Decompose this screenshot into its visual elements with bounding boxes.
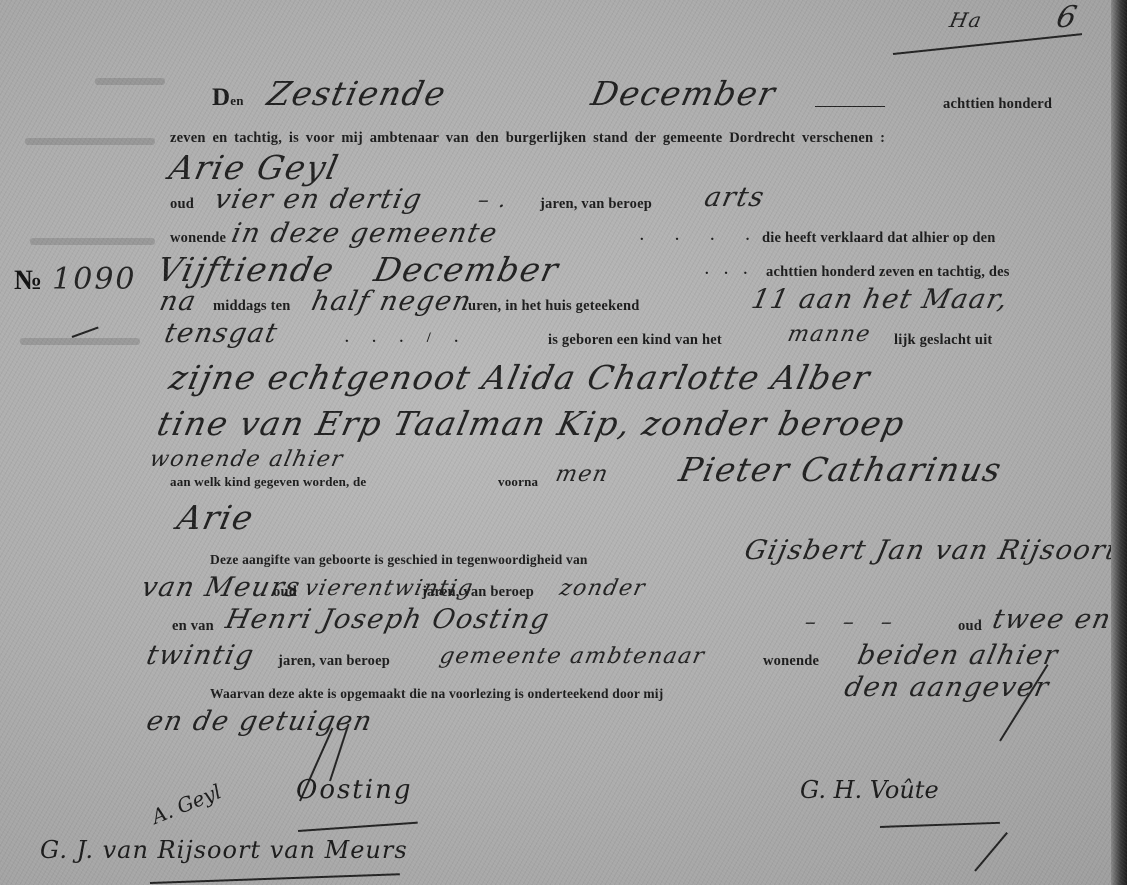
signature-declarant: A. Geyl <box>148 779 224 828</box>
hand-witness-2: Henri Joseph Oosting <box>223 604 553 635</box>
margin-bleed-through <box>30 238 155 245</box>
hand-date-month: December <box>588 74 780 113</box>
printed-en-van: en van <box>172 618 214 635</box>
margin-tick <box>72 326 99 337</box>
hand-child-given-names: Pieter Catharinus <box>676 450 1006 489</box>
printed-jaren-beroep: jaren, van beroep <box>540 196 652 213</box>
hand-child-given-names-cont: Arie <box>174 498 258 537</box>
hand-time-prefix: na <box>157 286 200 317</box>
hand-declarant-name: Arie Geyl <box>166 148 343 187</box>
hand-witnesses-residence: beiden alhier <box>855 640 1062 671</box>
printed-aan-welk-kind: aan welk kind gegeven worden, de <box>170 474 366 490</box>
hand-mother-residence: wonende alhier <box>147 447 346 472</box>
printed-geslacht: lijk geslacht uit <box>894 332 992 349</box>
hand-witness-2-age: twee en <box>990 604 1115 635</box>
margin-bleed-through <box>95 78 165 85</box>
hand-witness-2-age-cont: twintig <box>144 640 258 671</box>
hand-birth-time: half negen <box>309 286 475 317</box>
hand-mother-name-cont: tine van Erp Taalman Kip, zonder beroep <box>154 404 909 443</box>
hand-signers: den aangever <box>842 672 1053 703</box>
printed-voorna: voorna <box>498 474 538 490</box>
margin-bleed-through <box>20 338 140 345</box>
hand-birth-month: December <box>371 250 563 289</box>
corner-paraph-underline <box>893 33 1082 55</box>
hand-birth-address-cont: tensgat <box>162 318 281 349</box>
printed-line-2: zeven en tachtig, is voor mij ambtenaar … <box>170 130 885 147</box>
signature-witness-2: Oosting <box>296 775 412 805</box>
hand-mother-name: zijne echtgenoot Alida Charlotte Alber <box>166 358 875 397</box>
corner-paraph: Ha <box>947 8 984 32</box>
scanned-certificate-page: Ha 6 Den Zestiende December achttien hon… <box>0 0 1127 885</box>
dot-leader: . . . <box>705 262 753 279</box>
registrar-flourish <box>880 822 1000 828</box>
hand-birth-day: Vijftiende <box>154 250 339 289</box>
printed-oud: oud <box>958 618 982 635</box>
printed-waarvan: Waarvan deze akte is opgemaakt die na vo… <box>210 686 663 702</box>
printed-jaren-beroep: jaren, van beroep <box>278 653 390 670</box>
signature-underline <box>298 822 418 832</box>
dot-leader: . . . / . <box>345 330 468 347</box>
certificate-number-label: № <box>14 265 42 296</box>
printed-oud: oud <box>273 584 297 601</box>
fill-line <box>815 106 885 107</box>
hand-signers-cont: en de getuigen <box>144 706 376 737</box>
printed-oud: oud <box>170 196 194 213</box>
printed-uren-huis: uren, in het huis geteekend <box>468 298 640 315</box>
hand-declarant-residence: in deze gemeente <box>229 218 501 249</box>
corner-annotation: 6 <box>1053 0 1081 35</box>
certificate-number-value: 1090 <box>52 262 136 297</box>
hand-date-day: Zestiende <box>264 74 450 113</box>
printed-jaren-beroep: jaren, van beroep <box>422 584 534 601</box>
hand-witness-1: Gijsbert Jan van Rijsoort <box>742 535 1122 566</box>
signature-registrar: G. H. Voûte <box>800 776 939 804</box>
hand-voornamen-suffix: men <box>553 462 611 487</box>
printed-den: Den <box>212 84 244 112</box>
hand-birth-address: 11 aan het Maar, <box>749 284 1012 315</box>
printed-birth-year: achttien honderd zeven en tachtig, des <box>766 264 1010 281</box>
margin-bleed-through <box>25 138 155 145</box>
printed-year-start: achttien honderd <box>943 96 1052 113</box>
hand-fill-dashes: – – – <box>802 610 904 635</box>
printed-middags: middags ten <box>213 298 291 315</box>
printed-wonende: wonende <box>763 653 819 670</box>
hand-child-sex: manne <box>785 322 873 347</box>
registrar-flourish <box>974 832 1008 872</box>
hand-declarant-age: vier en dertig <box>212 184 426 215</box>
printed-declared: die heeft verklaard dat alhier op den <box>762 230 996 247</box>
hand-witness-1-profession: zonder <box>557 576 648 601</box>
printed-wonende: wonende <box>170 230 226 247</box>
hand-fill-dash: – . <box>475 188 510 213</box>
hand-declarant-profession: arts <box>702 182 768 213</box>
printed-geboren: is geboren een kind van het <box>548 332 722 349</box>
hand-witness-2-profession: gemeente ambtenaar <box>437 644 707 669</box>
scan-edge-shadow <box>1111 0 1127 885</box>
signature-witness-1: G. J. van Rijsoort van Meurs <box>40 836 408 864</box>
certificate-number: №1090 <box>14 262 137 297</box>
dot-leader: . . . . <box>640 228 763 245</box>
printed-aangifte: Deze aangifte van geboorte is geschied i… <box>210 552 588 568</box>
signature-underline <box>150 873 400 884</box>
